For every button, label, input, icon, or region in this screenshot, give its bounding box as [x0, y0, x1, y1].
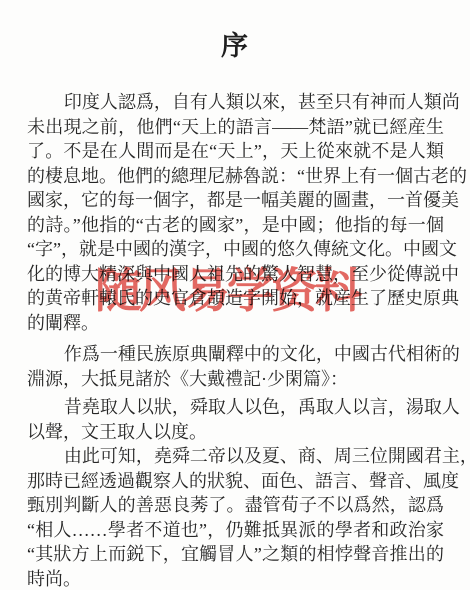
text-line: “相人……學者不道也”，仍難抵異派的學者和政治家: [27, 518, 444, 543]
text-line: 化的博大精深與中國人祖先的驚人智慧，至少從傳説中: [27, 262, 444, 287]
text-line: 了。不是在人間而是在“天上”，天上從來就不是人類: [27, 139, 444, 164]
text-line: 的棲息地。他們的總理尼赫魯説：“世界上有一個古老的: [27, 164, 444, 189]
text-line: 那時已經透過觀察人的狀貌、面色、語言、聲音、風度: [27, 469, 444, 494]
text-line: 的闡釋。: [27, 311, 444, 336]
text-line: 的黄帝軒轅氏的史官倉頡造字開始，就産生了歷史原典: [27, 286, 444, 311]
text-line: 的詩。”他指的“古老的國家”，是中國；他指的每一個: [27, 213, 444, 238]
book-page: 序 印度人認爲，自有人類以來，甚至只有神而人類尚 未出現之前，他們“天上的語言—…: [0, 0, 470, 590]
text-line: 淵源，大抵見諸於《大戴禮記·少閑篇》：: [27, 367, 444, 392]
text-line: 未出現之前，他們“天上的語言——梵語”就已經産生: [27, 115, 444, 140]
text-line: 印度人認爲，自有人類以來，甚至只有神而人類尚: [27, 90, 444, 115]
text-line: 時尚。: [27, 567, 444, 590]
text-line: “字”，就是中國的漢字，中國的悠久傳統文化。中國文: [27, 237, 444, 262]
text-line: 國家，它的每一個字，都是一幅美麗的圖畫，一首優美: [27, 188, 444, 213]
text-line: 昔堯取人以狀，舜取人以色，禹取人以言，湯取人: [27, 395, 444, 420]
text-line: 由此可知，堯舜二帝以及夏、商、周三位開國君主，: [27, 444, 444, 469]
text-line: 甄別判斷人的善惡良莠了。盡管荀子不以爲然，認爲: [27, 493, 444, 518]
text-line: 作爲一種民族原典闡釋中的文化，中國古代相術的: [27, 342, 444, 367]
text-line: “其狀方上而鋭下，宜觸冒人”之類的相悖聲音推出的: [27, 542, 444, 567]
preface-text: 印度人認爲，自有人類以來，甚至只有神而人類尚 未出現之前，他們“天上的語言——梵…: [27, 90, 444, 590]
page-title: 序: [0, 24, 470, 63]
text-line: 以聲，文王取人以度。: [27, 420, 444, 445]
